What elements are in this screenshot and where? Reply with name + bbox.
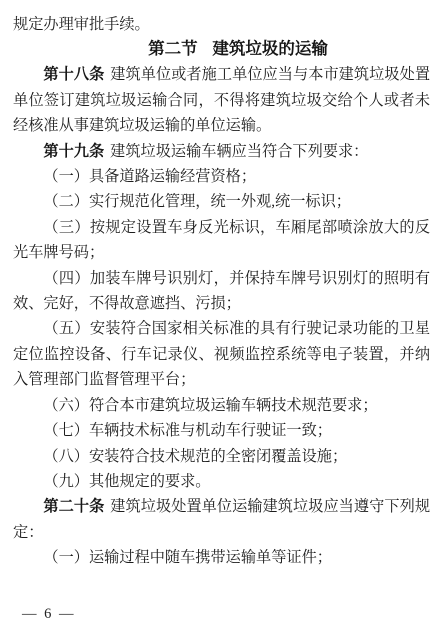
- article-20-number: 第二十条: [43, 498, 104, 515]
- section-number: 第二节: [148, 40, 198, 58]
- document-page: 规定办理审批手续。 第二节建筑垃圾的运输 第十八条建筑单位或者施工单位应当与本市…: [0, 0, 442, 633]
- article-19-item-5: （五）安装符合国家相关标准的具有行驶记录功能的卫星定位监控设备、行车记录仪、视频…: [13, 316, 430, 392]
- article-19: 第十九条建筑垃圾运输车辆应当符合下列要求：: [13, 139, 430, 164]
- document-body: 规定办理审批手续。 第二节建筑垃圾的运输 第十八条建筑单位或者施工单位应当与本市…: [13, 12, 430, 571]
- page-number: — 6 —: [22, 606, 76, 623]
- article-19-text: 建筑垃圾运输车辆应当符合下列要求：: [110, 143, 368, 160]
- article-19-item-2: （二）实行规范化管理，统一外观,统一标识；: [13, 189, 430, 214]
- section-heading: 第二节建筑垃圾的运输: [13, 37, 430, 62]
- section-title: 建筑垃圾的运输: [212, 40, 328, 58]
- article-18: 第十八条建筑单位或者施工单位应当与本市建筑垃圾处置单位签订建筑垃圾运输合同，不得…: [13, 62, 430, 138]
- article-18-number: 第十八条: [43, 66, 104, 83]
- article-20-item-1: （一）运输过程中随车携带运输单等证件；: [13, 545, 430, 570]
- article-19-item-1: （一）具备道路运输经营资格；: [13, 164, 430, 189]
- article-19-item-7: （七）车辆技术标准与机动车行驶证一致；: [13, 418, 430, 443]
- article-19-number: 第十九条: [43, 143, 104, 160]
- article-19-item-9: （九）其他规定的要求。: [13, 469, 430, 494]
- article-19-item-6: （六）符合本市建筑垃圾运输车辆技术规范要求；: [13, 393, 430, 418]
- article-19-item-8: （八）安装符合技术规范的全密闭覆盖设施；: [13, 444, 430, 469]
- article-19-item-4: （四）加装车牌号识别灯，并保持车牌号识别灯的照明有效、完好，不得故意遮挡、污损；: [13, 266, 430, 317]
- article-19-item-3: （三）按规定设置车身反光标识，车厢尾部喷涂放大的反光车牌号码；: [13, 215, 430, 266]
- continuation-line: 规定办理审批手续。: [13, 12, 430, 37]
- article-20: 第二十条建筑垃圾处置单位运输建筑垃圾应当遵守下列规定：: [13, 494, 430, 545]
